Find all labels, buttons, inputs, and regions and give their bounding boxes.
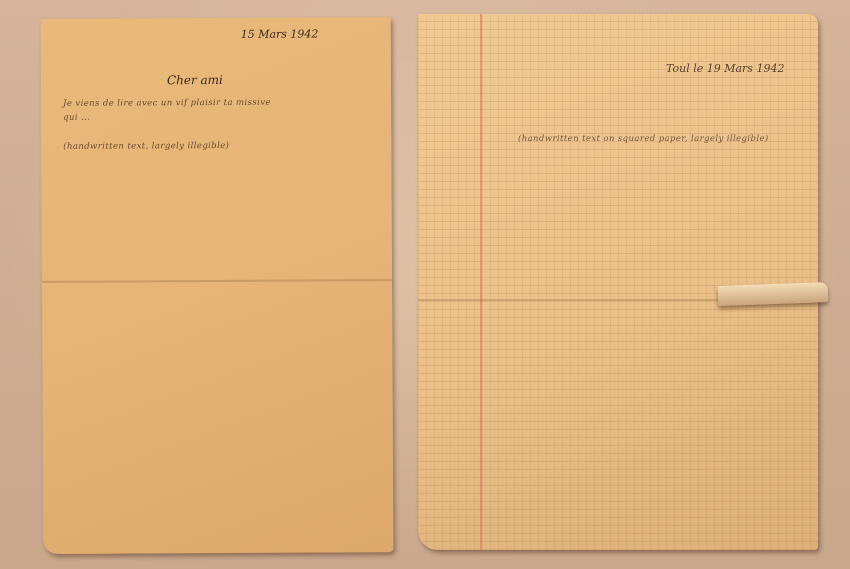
right-letter-body: (handwritten text on squared paper, larg… — [518, 132, 798, 147]
fold-crease — [42, 279, 392, 283]
right-letter-date: Toul le 19 Mars 1942 — [666, 62, 784, 75]
right-letter-page: Toul le 19 Mars 1942 (handwritten text o… — [418, 14, 818, 550]
margin-line — [480, 14, 482, 550]
left-letter-body: Je viens de lire avec un vif plaisir ta … — [63, 95, 373, 154]
left-letter-date: 15 Mars 1942 — [241, 27, 319, 40]
torn-paper-flap — [718, 282, 829, 306]
left-letter-page: 15 Mars 1942 Cher ami Je viens de lire a… — [41, 17, 394, 554]
left-letter-salutation: Cher ami — [167, 73, 223, 87]
